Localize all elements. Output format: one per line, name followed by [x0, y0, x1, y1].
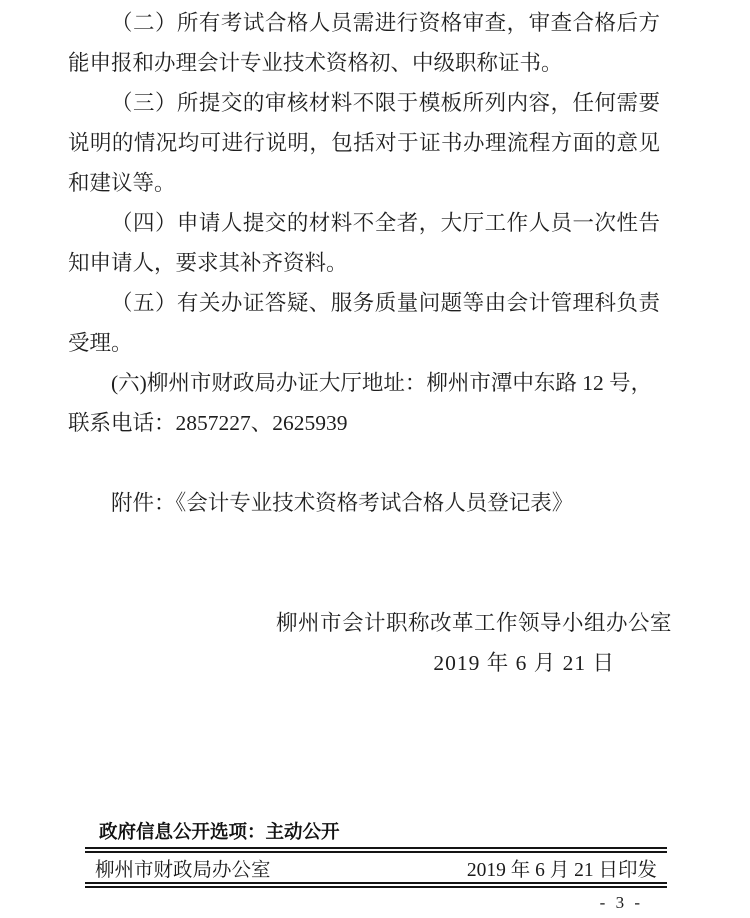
body-line: （三）所提交的审核材料不限于模板所列内容，任何需要: [68, 83, 660, 123]
footer-print-date: 2019 年 6 月 21 日印发: [467, 854, 657, 882]
body-line: (六)柳州市财政局办证大厅地址：柳州市潭中东路 12 号，: [68, 363, 660, 403]
signature-organization: 柳州市会计职称改革工作领导小组办公室: [68, 603, 672, 643]
document-body: （二）所有考试合格人员需进行资格审查，审查合格后方 能申报和办理会计专业技术资格…: [68, 3, 660, 683]
body-line: 能申报和办理会计专业技术资格初、中级职称证书。: [68, 43, 660, 83]
body-line: （四）申请人提交的材料不全者，大厅工作人员一次性告: [68, 203, 660, 243]
page-number: - 3 -: [600, 893, 643, 913]
body-line: 知申请人，要求其补齐资料。: [68, 243, 660, 283]
footer-disclosure-label: 政府信息公开选项：主动公开: [85, 820, 667, 847]
signature-date: 2019 年 6 月 21 日: [68, 643, 660, 683]
body-line: （五）有关办证答疑、服务质量问题等由会计管理科负责: [68, 283, 660, 323]
body-line: （二）所有考试合格人员需进行资格审查，审查合格后方: [68, 3, 660, 43]
body-line: 说明的情况均可进行说明，包括对于证书办理流程方面的意见: [68, 123, 660, 163]
footer-issuer-row: 柳州市财政局办公室 2019 年 6 月 21 日印发: [85, 853, 667, 882]
document-footer: 政府信息公开选项：主动公开 柳州市财政局办公室 2019 年 6 月 21 日印…: [85, 820, 667, 888]
attachment-line: 附件：《会计专业技术资格考试合格人员登记表》: [68, 483, 660, 523]
footer-issuer: 柳州市财政局办公室: [95, 854, 271, 882]
body-line: 和建议等。: [68, 163, 660, 203]
body-line: 联系电话：2857227、2625939: [68, 403, 660, 443]
footer-rule-bottom: [85, 882, 667, 888]
body-line: 受理。: [68, 323, 660, 363]
